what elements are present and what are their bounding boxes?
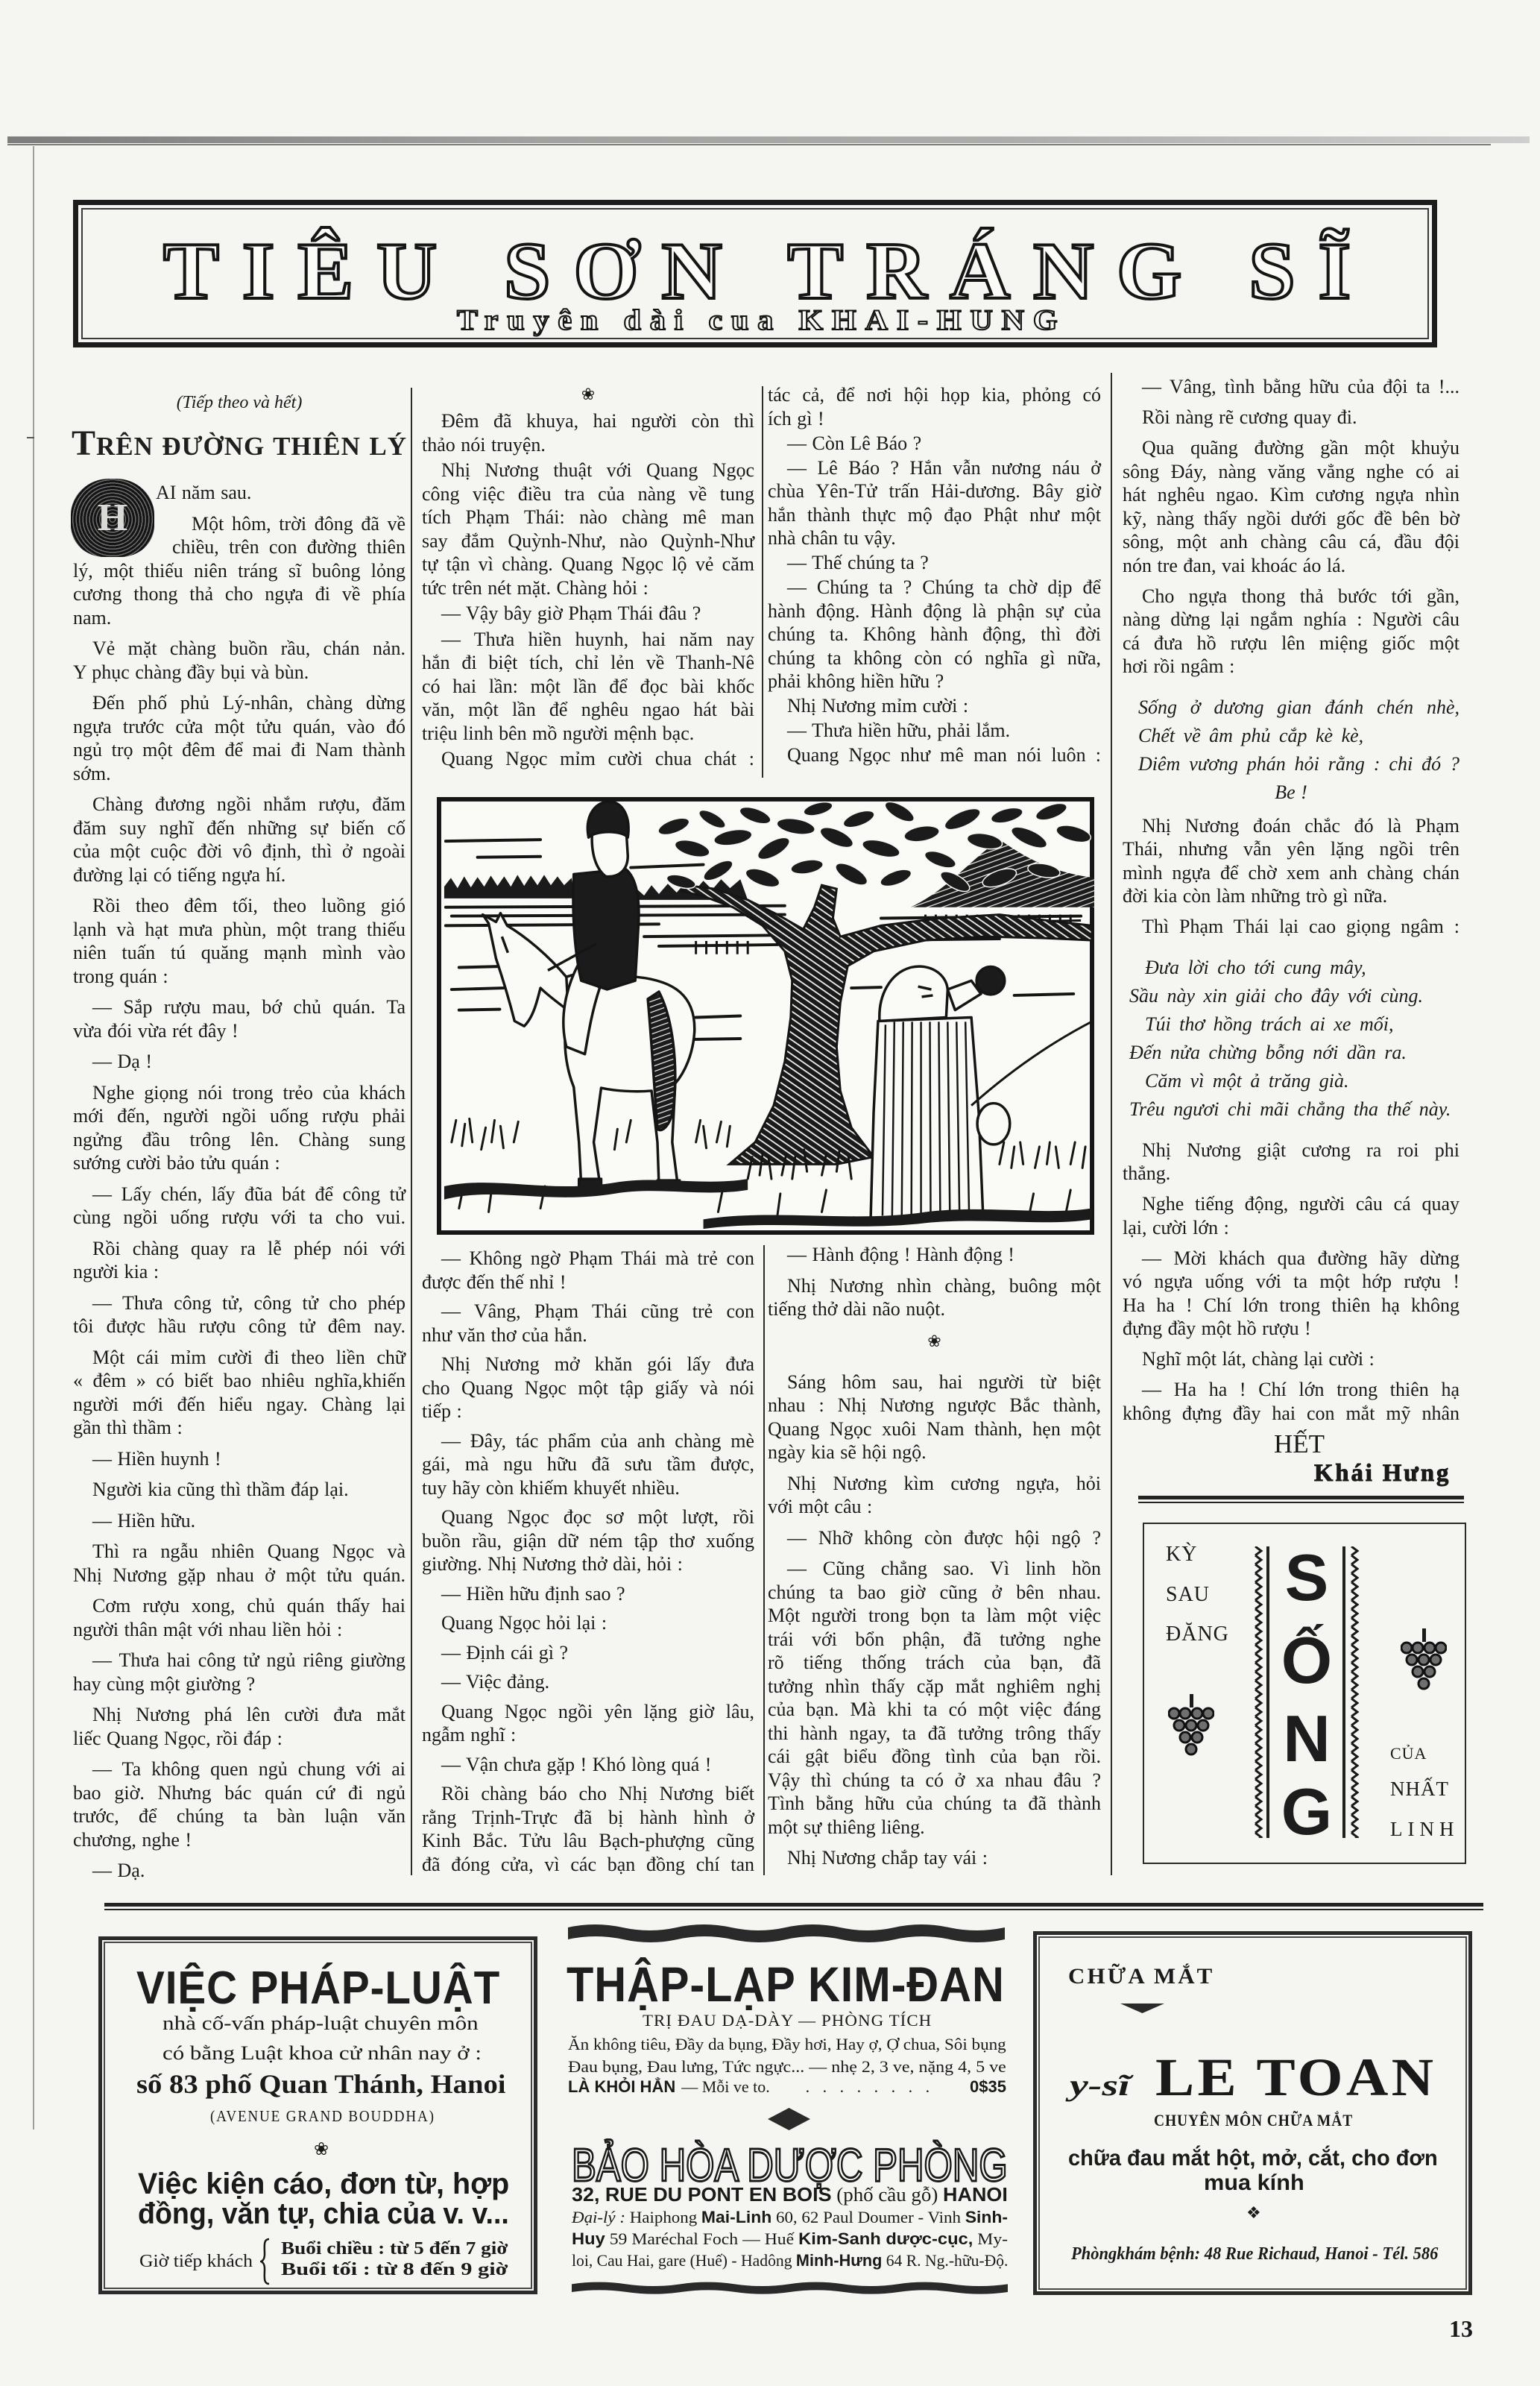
text-line: Nhị Nương gặp nhau ở một tửu quán. (73, 1564, 405, 1587)
text-line: Quang Ngọc như mê man nói luôn : (768, 743, 1101, 767)
floral-ornament-icon: ❀ (422, 386, 754, 404)
text-line: người thân mật với nhau liền hỏi : (73, 1618, 405, 1642)
ad-medicine-price: 0$35 (970, 2079, 1006, 2095)
column-3-bottom-text: — Hành động ! Hành động !Nhị Nương nhìn … (768, 1243, 1101, 1870)
text-line: — Hiền hữu định sao ? (422, 1582, 754, 1606)
text-line: buồn rầu, giận dữ ném tập thơ xuống (422, 1529, 754, 1553)
text-line: Quang Ngọc xuôi Nam thành, hẹn một (768, 1417, 1101, 1441)
text-segment: Kim-Sanh dược-cục, (798, 2229, 973, 2248)
text-line: hắn thành thực mộ đạo Phật như một (768, 503, 1101, 527)
column-2-bottom-text: — Không ngờ Phạm Thái mà trẻ conđược đến… (422, 1247, 754, 1876)
brace-icon (260, 2238, 271, 2285)
text-segment: Minh-Hưng (796, 2251, 882, 2270)
text-line: — Việc đảng. (422, 1670, 754, 1694)
text-line: Y phục chàng đầy bụi và bùn. (73, 661, 405, 684)
text-line: chúng ta bao giờ cũng ở bên nhau. (768, 1581, 1101, 1605)
text-line: — Lê Báo ? Hắn vẫn nương náu ở (768, 456, 1101, 480)
text-segment: Huy (572, 2229, 605, 2248)
page-margin-tick (27, 437, 34, 438)
text-line: đã đóng cửa, vì các bạn đồng chí tan (422, 1853, 754, 1877)
text-line: Nhị Nương đoán chắc đó là Phạm (1123, 814, 1459, 838)
text-line: hát nghêu ngao. Kìm cương ngựa nhìn (1123, 483, 1459, 507)
text-line: Rồi nàng rẽ cương quay đi. (1123, 406, 1459, 429)
ad-legal-address-alt: (AVENUE GRAND BOUDDHA) (210, 2109, 435, 2124)
text-line: ích gì ! (768, 407, 1101, 431)
text-line: — Thưa công tử, công tử cho phép (73, 1291, 405, 1315)
text-line: Đến nửa chừng bỗng nới dần ra. (1123, 1039, 1459, 1067)
text-line: mình ngựa để chờ xem anh chàng chán (1123, 861, 1459, 885)
notice-label: ĐĂNG (1166, 1623, 1229, 1646)
text-line: phải không hiền hữu ? (768, 670, 1101, 693)
text-line: văn, một lần để nghêu ngao hát bài (422, 698, 754, 722)
notice-title-letter: G (1277, 1779, 1337, 1845)
text-line: say đắm Quỳnh-Như, nào Quỳnh-Như (422, 529, 754, 553)
ad-legal-services: Việc kiện cáo, đơn từ, hợp (138, 2169, 509, 2199)
text-line: — Đây, tác phẩm của anh chàng mè (422, 1429, 754, 1453)
text-line: chúng ta. Không hành động, thì đời (768, 623, 1101, 646)
text-line: Quang Ngọc mỉm cười chua chát : (422, 747, 754, 771)
text-line: Một người trong bọn ta làm một việc (768, 1604, 1101, 1628)
text-line: giường. Nhị Nương thở dài, hỏi : (422, 1552, 754, 1576)
text-line: của bạn. Mà khi ta có một việc đáng (768, 1698, 1101, 1722)
text-line: chúng ta không còn có nghĩa gì nữa, (768, 646, 1101, 670)
ad-medicine-title: THẬP-LẠP KIM-ĐAN (567, 1960, 1005, 2009)
column-rule (763, 1245, 765, 1875)
text-line: tưởng nhìn thấy cặp mắt nghiêm nghị (768, 1675, 1101, 1699)
text-line: Chàng đương ngồi nhắm rượu, đăm (73, 793, 405, 816)
text-line: ngẫm nghĩ : (422, 1723, 754, 1747)
triangle-ornament-icon (1120, 2003, 1164, 2013)
text-line: — Dạ ! (73, 1050, 405, 1074)
text-line: gái, mà ngu hữu đã sưu tầm được, (422, 1452, 754, 1476)
text-line: lại, cười lớn : (1123, 1216, 1459, 1240)
text-line: — Mời khách qua đường hãy dừng (1123, 1247, 1459, 1271)
newspaper-page: TIÊU SƠN TRÁNG SĨ Truyên dài cua KHAI-HU… (0, 0, 1540, 2386)
text-line: người mới đến hiểu ngay. Chàng lại (73, 1393, 405, 1417)
text-line: Quang Ngọc ngồi yên lặng giờ lâu, (422, 1700, 754, 1724)
text-line: hành động. Hành động là phận sự của (768, 599, 1101, 623)
text-segment: Mai-Linh (701, 2208, 771, 2226)
text-line: nàng dừng lại ngắm nghía : Người câu (1123, 608, 1459, 632)
text-line: hắn đi biệt tích, chỉ lẻn về Thanh-Nê (422, 651, 754, 675)
ad-pharmacy-name: BẢO HÒA DƯỢC PHÒNG (572, 2143, 1008, 2189)
text-line: Qua quãng đường gần một khuỷu (1123, 436, 1459, 460)
column-3-top-text: tác cả, để nơi hội họp kia, phỏng cóích … (768, 383, 1101, 767)
wavy-band-icon (572, 2280, 1008, 2295)
notice-rule (1266, 1546, 1269, 1838)
text-line: — Vận chưa gặp ! Khó lòng quá ! (422, 1753, 754, 1777)
text-line: không đựng đầy hai con mắt mỹ nhân (1123, 1402, 1459, 1426)
text-line: hay cùng một giường ? (73, 1672, 405, 1696)
text-line: Người kia cũng thì thầm đáp lại. (73, 1478, 405, 1502)
text-line: Một cái mỉm cười đi theo liền chữ (73, 1346, 405, 1370)
continued-note: (Tiếp theo và hết) (73, 392, 405, 413)
text-line: ngày kia sẽ hội ngộ. (768, 1441, 1101, 1464)
text-line: — Định cái gì ? (422, 1641, 754, 1665)
ad-legal-hours-label: Giờ tiếp khách (139, 2252, 253, 2271)
text-line: lý, một thiếu niên tráng sĩ buông lỏng (73, 559, 405, 583)
ad-eye-services: chữa đau mắt hột, mở, cắt, cho đơn (1068, 2147, 1438, 2170)
ad-eye-doctor-name: LE TOAN (1155, 2050, 1437, 2104)
text-line: — Chúng ta ? Chúng ta chờ dịp để (768, 576, 1101, 599)
zigzag-border-icon (1252, 1546, 1263, 1838)
ad-pharmacy-agents: loi, Cau Hai, gare (Huế) - Hadông Minh-H… (572, 2253, 1008, 2269)
text-line: tôi được hầu rượu công tử đêm nay. (73, 1315, 405, 1338)
text-line: — Vậy bây giờ Phạm Thái đâu ? (422, 602, 754, 626)
ad-pharmacy-address: 32, RUE DU PONT EN BOIS (phố cầu gỗ) HAN… (572, 2185, 1008, 2205)
text-line: — Thưa hiền hữu, phải lắm. (768, 719, 1101, 743)
column-1-text: H AI năm sau.Một hôm, trời đông đã vềchi… (73, 481, 405, 1883)
text-line: — Còn Lê Báo ? (768, 432, 1101, 456)
column-4-text: — Vâng, tình bằng hữu của đội ta !...Rồi… (1123, 375, 1459, 1425)
text-line: — Hiền huynh ! (73, 1447, 405, 1471)
text-line: Nhị Nương giật cương ra roi phi (1123, 1139, 1459, 1162)
text-line: Nhị Nương mở khăn gói lấy đưa (422, 1353, 754, 1376)
ads-separator-rule (104, 1903, 1483, 1910)
text-line: — Ha ha ! Chí lớn trong thiên hạ (1123, 1378, 1459, 1402)
text-line: Đưa lời cho tới cung mây, (1123, 954, 1459, 982)
ad-pharmacy-agents: Đại-lý : Haiphong Mai-Linh 60, 62 Paul D… (572, 2209, 1008, 2226)
text-line: Thì Phạm Thái lại cao giọng ngâm : (1123, 915, 1459, 939)
notice-title-letter: Ố (1277, 1628, 1337, 1693)
ad-eye-clinic-address: Phòngkhám bệnh: 48 Rue Richaud, Hanoi - … (1071, 2245, 1438, 2263)
text-line: Quang Ngọc hỏi lại : (422, 1611, 754, 1635)
text-segment: 64 R. Ng.-hữu-Độ. (882, 2251, 1008, 2270)
text-line: chương, nghe ! (73, 1828, 405, 1852)
text-line: tích Phạm Thái: nào chàng mê man (422, 506, 754, 529)
page-number: 13 (1449, 2317, 1473, 2341)
text-line: đăm suy nghĩ đến những sự biến cố (73, 816, 405, 840)
text-segment: 32, RUE DU PONT EN BOIS (572, 2183, 832, 2206)
serial-title: TIÊU SƠN TRÁNG SĨ (163, 230, 1374, 312)
ad-medicine-subtitle: TRỊ ĐAU DẠ-DÀY — PHÒNG TÍCH (643, 2012, 932, 2029)
text-line: — Thế chúng ta ? (768, 551, 1101, 575)
grape-cluster-icon (1168, 1694, 1214, 1757)
text-line: niên tuấn tú quăng mạnh mình vào (73, 941, 405, 965)
text-line: Kinh Bắc. Tửu lâu Bạch-phượng cũng (422, 1829, 754, 1853)
text-line: tức trên nét mặt. Chàng hỏi : (422, 576, 754, 600)
text-segment: 60, 62 Paul Doumer - Vinh (771, 2208, 965, 2226)
text-line: tuy hãy còn khiếm khuyết nhiều. (422, 1476, 754, 1500)
text-line: Nghe giọng nói trong trẻo của khách (73, 1081, 405, 1105)
text-line: được đến thế nhỉ ! (422, 1271, 754, 1294)
text-line: Nhị Nương thuật với Quang Ngọc (422, 459, 754, 482)
serial-subtitle: Truyên dài cua KHAI-HUNG (457, 306, 1066, 335)
text-line: nón tre đan, vai khoác áo lá. (1123, 554, 1459, 578)
text-line: nhà chân tu vậy. (768, 526, 1101, 550)
author-signature: Khái Hưng (1314, 1461, 1451, 1486)
text-line: tác cả, để nơi hội họp kia, phỏng có (768, 383, 1101, 407)
text-line: mới đến, người ngồi uống rượu phải (73, 1104, 405, 1128)
ad-legal-hours: Buổi chiều : từ 5 đến 7 giờ (281, 2240, 508, 2258)
text-line: sướng cười bảo tửu quán : (73, 1151, 405, 1175)
text-segment: loi, Cau Hai, gare (Huế) - Hadông (572, 2251, 796, 2270)
column-rule (762, 386, 763, 778)
text-line: Sáng hôm sau, hai người từ biệt (768, 1370, 1101, 1394)
text-segment: 59 Maréchal Foch — Huế (605, 2229, 798, 2248)
text-line: bao giờ. Nhưng bác quán cứ đi ngủ (73, 1781, 405, 1805)
text-line: cá đưa hồ rượu lên miệng giốc một (1123, 632, 1459, 655)
text-line: có hai lần: một lần để đọc bài khốc (422, 675, 754, 699)
text-line: Chết về âm phủ cắp kè kè, (1123, 722, 1459, 750)
ad-legal-services: đồng, văn tự, chia của v. v... (138, 2199, 509, 2229)
text-line: kỹ, nàng thấy ngồi dưới gốc đề bên bờ (1123, 507, 1459, 531)
text-line: Vẻ mặt chàng buồn rầu, chán nản. (73, 637, 405, 661)
notice-label: LINH (1390, 1818, 1459, 1840)
ad-legal-address: số 83 phố Quan Thánh, Hanoi (136, 2071, 506, 2097)
ad-legal-title: VIỆC PHÁP-LUẬT (136, 1965, 500, 2012)
notice-rule (1342, 1546, 1345, 1838)
text-line: tiếng thở dài não nuột. (768, 1297, 1101, 1321)
text-line: — Lấy chén, lấy đũa bát để công tử (73, 1183, 405, 1206)
text-line: triệu linh bên mồ người mệnh bạc. (422, 722, 754, 746)
text-line: Nhị Nương phá lên cười đưa mắt (73, 1703, 405, 1727)
text-line: thẳng. (1123, 1162, 1459, 1186)
text-line: sông Đáy, nàng văng vẳng nghe có ai (1123, 460, 1459, 484)
text-line: Nhị Nương chắp tay vái : (768, 1846, 1101, 1870)
text-line: Cơm rượu xong, chủ quán thấy hai (73, 1594, 405, 1618)
text-line: cương thong thả cho ngựa đi về phía (73, 582, 405, 606)
text-line: Nghe tiếng động, người câu cá quay (1123, 1192, 1459, 1216)
text-line: cùng ngồi uống rượu với ta cho vui. (73, 1206, 405, 1230)
text-line: Tình bằng hữu của chúng ta đã thành (768, 1792, 1101, 1816)
text-line: — Vâng, Phạm Thái cũng trẻ con (422, 1300, 754, 1323)
text-segment: My- (973, 2229, 1008, 2248)
text-line: — Thưa hiền huynh, hai năm nay (422, 628, 754, 652)
text-segment: Đại-lý : (572, 2208, 625, 2226)
notice-label: NHẤT (1390, 1778, 1449, 1800)
text-line: ngựa trước cửa một tửu quán, vào đó (73, 715, 405, 739)
ad-legal-intro: nhà cố-vấn pháp-luật chuyên môn (162, 2014, 479, 2033)
text-line: Rồi chàng báo cho Nhị Nương biết (422, 1782, 754, 1806)
text-line: trước, để chúng ta bàn luận văn (73, 1804, 405, 1828)
text-line: tự tận vì chàng. Quang Ngọc lộ vẻ căm (422, 553, 754, 576)
ad-medicine-result: LÀ KHỎI HẲN (568, 2079, 675, 2095)
scan-edge-line (7, 144, 1491, 145)
text-line: đựng đầy một hồ rượu ! (1123, 1317, 1459, 1341)
text-line: đời kia còn làm những trò gì nữa. (1123, 884, 1459, 908)
text-line: với một câu : (768, 1495, 1101, 1519)
text-line: — Vâng, tình bằng hữu của đội ta !... (1123, 375, 1459, 399)
text-line: trái với bổn phận, đã tưởng nghe (768, 1628, 1101, 1652)
text-line: cái gật biểu đồng tình của bạn rồi. (768, 1745, 1101, 1769)
text-line: Thì ra ngẫu nhiên Quang Ngọc và (73, 1540, 405, 1564)
ad-eye-title-prefix: y-sĩ (1070, 2071, 1130, 2100)
text-line: Nhị Nương mỉm cười : (768, 694, 1101, 718)
text-line: liếc Quang Ngọc, rồi đáp : (73, 1727, 405, 1751)
text-line: như văn thơ của hắn. (422, 1323, 754, 1347)
text-line: rằng Trịnh-Trực đã bị hành hình ở (422, 1806, 754, 1830)
text-line: Nhị Nương nhìn chàng, buông một (768, 1274, 1101, 1298)
notice-title-letter: S (1277, 1545, 1337, 1611)
text-line: — Ta không quen ngủ chung với ai (73, 1757, 405, 1781)
text-line: Nghĩ một lát, chàng lại cười : (1123, 1347, 1459, 1371)
text-line: một sự thiêng liêng. (768, 1816, 1101, 1839)
ad-medicine-price-row: LÀ KHỎI HẲN — Mỗi ve to. . . . . . . . .… (568, 2079, 1006, 2095)
ad-legal-intro: có bằng Luật khoa cử nhân nay ở : (162, 2044, 482, 2063)
text-line: — Hiền hữu. (73, 1509, 405, 1533)
wavy-band-icon (568, 1921, 1005, 1944)
column-rule (411, 388, 412, 1875)
text-line: gần thì thầm : (73, 1416, 405, 1440)
text-line: nhau : Nhị Nương ngược Bắc thành, (768, 1394, 1101, 1417)
text-line: — Sắp rượu mau, bớ chủ quán. Ta (73, 995, 405, 1019)
text-line: đường lại có tiếng ngựa hí. (73, 863, 405, 887)
small-ornament-icon: ❖ (1246, 2206, 1261, 2222)
column-2-top-text: Đêm đã khuya, hai người còn thìthảo nói … (422, 409, 754, 771)
text-line: — Không ngờ Phạm Thái mà trẻ con (422, 1247, 754, 1271)
text-line: Ha ha ! Chí lớn trong thiên hạ không (1123, 1294, 1459, 1318)
story-illustration (437, 797, 1094, 1235)
text-line: thi hành ngay, ta đã tưởng trông thấy (768, 1722, 1101, 1746)
grape-cluster-icon (1401, 1628, 1447, 1692)
text-line: Be ! (1123, 778, 1459, 807)
text-line: thảo nói truyện. (422, 433, 754, 457)
text-line: Nhị Nương kìm cương ngựa, hỏi (768, 1472, 1101, 1496)
text-line: trong quán : (73, 965, 405, 989)
upcoming-serial-notice: KỲ SAU ĐĂNG S Ố N G (1143, 1523, 1466, 1864)
ad-legal-hours: Buổi tối : từ 8 đến 9 giờ (281, 2261, 508, 2279)
text-line: — Hành động ! Hành động ! (768, 1243, 1101, 1267)
ad-medicine-price-label: — Mỗi ve to. (681, 2079, 770, 2095)
drop-cap-ornament: H (71, 479, 154, 557)
floral-ornament-icon (768, 1321, 1101, 1363)
chapter-title: TRÊN ĐƯỜNG THIÊN LÝ (72, 429, 407, 462)
scan-edge-band (7, 136, 1530, 143)
text-segment: Haiphong (625, 2208, 701, 2226)
text-line: vó ngựa uống với ta một hớp rượu ! (1123, 1270, 1459, 1294)
text-line: Rồi theo đêm tối, theo luồng gió (73, 894, 405, 918)
text-line: Sống ở dương gian đánh chén nhè, (1123, 693, 1459, 722)
text-line: người kia : (73, 1260, 405, 1284)
ad-medicine-symptoms: Ăn không tiêu, Đầy da bụng, Đầy hơi, Hay… (568, 2036, 1006, 2053)
notice-label: CỦA (1390, 1743, 1427, 1765)
column-rule (1111, 373, 1112, 1875)
text-line: cho Quang Ngọc một tập giấy và nói (422, 1376, 754, 1400)
zigzag-border-icon (1348, 1546, 1360, 1838)
text-line: — Dạ. (73, 1859, 405, 1883)
ad-eye-heading: CHỮA MẮT (1068, 1965, 1214, 1988)
notice-label: KỲ (1166, 1543, 1197, 1566)
notice-label: SAU (1166, 1584, 1210, 1606)
text-line: — Nhỡ không còn được hội ngộ ? (768, 1526, 1101, 1550)
text-line: của một cuộc đời vô định, thì ở ngoài (73, 840, 405, 863)
text-line: sông, một anh chàng câu cá, đầu đội (1123, 530, 1459, 554)
text-line: Thái, nhưng vẫn yên lặng ngồi trên (1123, 837, 1459, 861)
text-line: hơi rồi ngâm : (1123, 655, 1459, 679)
text-line: Cho ngựa thong thả bước tới gần, (1123, 585, 1459, 608)
text-line: công việc điều tra của nàng về tung (422, 482, 754, 506)
text-segment: HANOI (943, 2183, 1008, 2206)
text-segment: Sinh- (965, 2208, 1008, 2226)
ad-eye-services: mua kính (1204, 2172, 1304, 2194)
text-line: ngủ trọ một đêm để mai đi Nam thành (73, 738, 405, 762)
text-line: ngửng đầu trông lên. Chàng sung (73, 1128, 405, 1152)
text-line: Đến phố phủ Lý-nhân, chàng dừng (73, 691, 405, 715)
text-line: Trêu ngươi chi mãi chẳng tha thế này. (1123, 1095, 1459, 1124)
text-line: Diêm vương phán hỏi rằng : chi đó ? (1123, 750, 1459, 778)
text-line: Sầu này xin giải cho đây với cùng. (1123, 982, 1459, 1010)
text-line: Quang Ngọc đọc sơ một lượt, rồi (422, 1505, 754, 1529)
ad-medicine-price-leader: . . . . . . . . (770, 2079, 970, 2095)
diamond-ornament-icon (768, 2108, 810, 2130)
text-line: nam. (73, 606, 405, 630)
text-segment: (phố cầu gỗ) (832, 2184, 944, 2206)
text-line: rõ tiếng thống trách của bạn, đã (768, 1651, 1101, 1675)
text-line: tiếp : (422, 1400, 754, 1423)
text-line: lạnh và hạt mưa phùn, một trang thiếu (73, 918, 405, 942)
floral-ornament-icon: ❀ (314, 2140, 329, 2158)
text-line: Rồi chàng quay ra lễ phép nói với (73, 1237, 405, 1261)
text-line: sớm. (73, 762, 405, 786)
text-line: « đêm » có biết bao nhiêu nghĩa,khiến (73, 1369, 405, 1393)
text-line: vừa đói vừa rét đây ! (73, 1019, 405, 1043)
text-line: Vậy thì chúng ta có ở xa nhau đâu ? (768, 1769, 1101, 1792)
text-line: Căm vì một ả trăng già. (1123, 1067, 1459, 1095)
notice-title-letter: N (1277, 1706, 1337, 1772)
text-line: Túi thơ hồng trách ai xe mối, (1123, 1010, 1459, 1039)
text-line: — Cũng chẳng sao. Vì linh hồn (768, 1557, 1101, 1581)
ad-medicine-symptoms: Đau bụng, Đau lưng, Tức ngực... — nhẹ 2,… (568, 2059, 1006, 2075)
text-line: chùa Yên-Tử trấn Hải-dương. Bây giờ (768, 479, 1101, 503)
ad-eye-specialty: CHUYÊN MÔN CHỮA MẮT (1154, 2112, 1353, 2129)
ad-pharmacy-agents: Huy 59 Maréchal Foch — Huế Kim-Sanh dược… (572, 2231, 1008, 2247)
page-margin-edge (33, 146, 34, 2130)
end-double-rule (1138, 1496, 1464, 1503)
text-line: — Thưa hai công tử ngủ riêng giường (73, 1649, 405, 1672)
end-mark: HẾT (1230, 1431, 1369, 1457)
text-line: Đêm đã khuya, hai người còn thì (422, 409, 754, 433)
